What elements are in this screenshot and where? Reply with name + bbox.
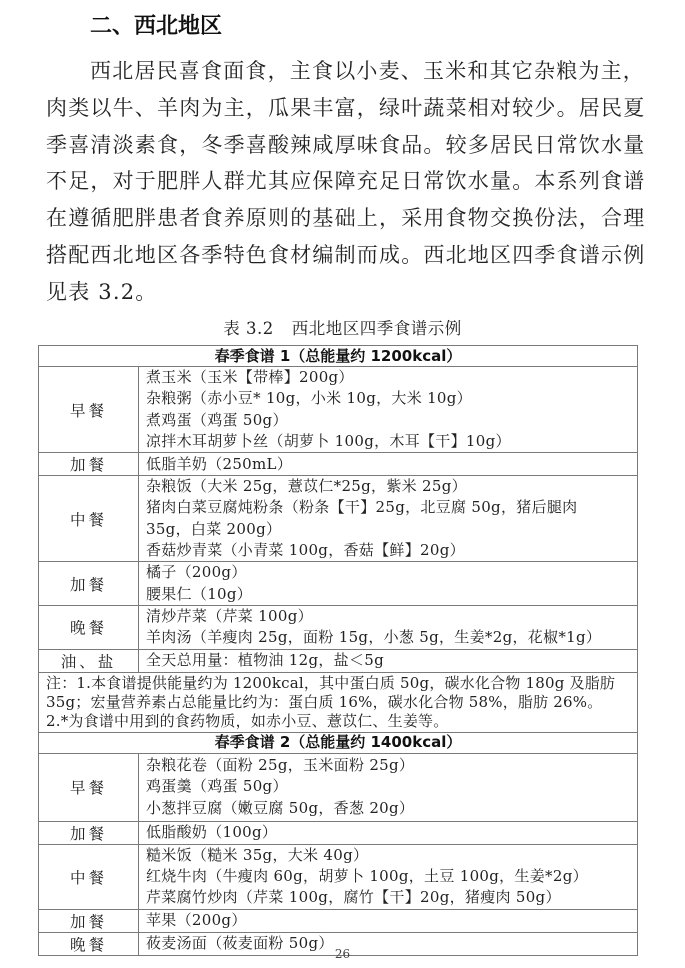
menu-header-row: 春季食谱 1（总能量约 1200kcal） (39, 346, 638, 367)
meal-items: 全天总用量：植物油 12g，盐＜5g (139, 649, 638, 672)
paragraph-line: 不足，对于肥胖人群尤其应保障充足日常饮水量。本系列食谱 (46, 163, 646, 200)
meal-name: 中餐 (39, 476, 139, 562)
meal-items: 低脂酸奶（100g） (139, 821, 638, 844)
meal-name: 加餐 (39, 909, 139, 932)
meal-items: 橘子（200g） 腰果仁（10g） (139, 562, 638, 606)
table-row: 加餐 苹果（200g） (39, 909, 638, 932)
menu-notes: 注：1.本食谱提供能量约为 1200kcal，其中蛋白质 50g，碳水化合物 1… (39, 672, 638, 732)
table-row: 加餐 低脂羊奶（250mL） (39, 453, 638, 476)
meal-items: 低脂羊奶（250mL） (139, 453, 638, 476)
food-item: 煮鸡蛋（鸡蛋 50g） (146, 410, 637, 431)
food-item: 杂粮花卷（面粉 25g，玉米面粉 25g） (146, 755, 637, 776)
food-item: 煮玉米（玉米【带棒】200g） (146, 367, 637, 388)
meal-items: 糙米饭（糙米 35g，大米 40g） 红烧牛肉（牛瘦肉 60g，胡萝卜 100g… (139, 844, 638, 909)
table-row: 油、盐 全天总用量：植物油 12g，盐＜5g (39, 649, 638, 672)
menu-title: 春季食谱 2（总能量约 1400kcal） (39, 732, 638, 753)
table-row: 加餐 橘子（200g） 腰果仁（10g） (39, 562, 638, 606)
menu-header-row: 春季食谱 2（总能量约 1400kcal） (39, 732, 638, 753)
diet-menu-table: 春季食谱 1（总能量约 1200kcal） 早餐 煮玉米（玉米【带棒】200g）… (38, 345, 638, 956)
page-number: 26 (0, 947, 685, 961)
food-item: 全天总用量：植物油 12g，盐＜5g (146, 650, 637, 671)
food-item: 凉拌木耳胡萝卜丝（胡萝卜 100g，木耳【干】10g） (146, 431, 637, 452)
food-item: 低脂羊奶（250mL） (146, 454, 637, 475)
paragraph-line: 肉类以牛、羊肉为主，瓜果丰富，绿叶蔬菜相对较少。居民夏 (46, 90, 646, 127)
food-item: 芹菜腐竹炒肉（芹菜 100g，腐竹【干】20g，猪瘦肉 50g） (146, 887, 637, 908)
meal-name: 早餐 (39, 753, 139, 821)
notes-row: 注：1.本食谱提供能量约为 1200kcal，其中蛋白质 50g，碳水化合物 1… (39, 672, 638, 732)
food-item: 猪肉白菜豆腐炖粉条（粉条【干】25g，北豆腐 50g，猪后腿肉 35g，白菜 2… (146, 497, 637, 540)
food-item: 鸡蛋羹（鸡蛋 50g） (146, 776, 637, 797)
paragraph-line: 季喜清淡素食，冬季喜酸辣咸厚味食品。较多居民日常饮水量 (46, 127, 646, 164)
meal-items: 杂粮饭（大米 25g，薏苡仁*25g，紫米 25g） 猪肉白菜豆腐炖粉条（粉条【… (139, 476, 638, 562)
menu-title: 春季食谱 1（总能量约 1200kcal） (39, 346, 638, 367)
meal-name: 早餐 (39, 367, 139, 453)
table-row: 中餐 糙米饭（糙米 35g，大米 40g） 红烧牛肉（牛瘦肉 60g，胡萝卜 1… (39, 844, 638, 909)
table-caption-number: 表 3.2 (223, 319, 274, 338)
note-line: 注：1.本食谱提供能量约为 1200kcal，其中蛋白质 50g，碳水化合物 1… (46, 674, 637, 693)
food-item: 橘子（200g） (146, 562, 637, 583)
table-caption: 表 3.2西北地区四季食谱示例 (0, 318, 685, 340)
table-row: 加餐 低脂酸奶（100g） (39, 821, 638, 844)
meal-items: 清炒芹菜（芹菜 100g） 羊肉汤（羊瘦肉 25g，面粉 15g，小葱 5g，生… (139, 605, 638, 649)
table-row: 晚餐 清炒芹菜（芹菜 100g） 羊肉汤（羊瘦肉 25g，面粉 15g，小葱 5… (39, 605, 638, 649)
food-item: 腰果仁（10g） (146, 584, 637, 605)
meal-name: 加餐 (39, 453, 139, 476)
meal-items: 杂粮花卷（面粉 25g，玉米面粉 25g） 鸡蛋羹（鸡蛋 50g） 小葱拌豆腐（… (139, 753, 638, 821)
paragraph-line: 西北居民喜食面食，主食以小麦、玉米和其它杂粮为主， (46, 53, 646, 90)
note-line: 2.*为食谱中用到的食药物质，如赤小豆、薏苡仁、生姜等。 (46, 712, 637, 731)
food-item: 羊肉汤（羊瘦肉 25g，面粉 15g，小葱 5g，生姜*2g，花椒*1g） (146, 627, 637, 648)
meal-items: 煮玉米（玉米【带棒】200g） 杂粮粥（赤小豆* 10g，小米 10g，大米 1… (139, 367, 638, 453)
food-item: 小葱拌豆腐（嫩豆腐 50g，香葱 20g） (146, 798, 637, 819)
meal-name: 中餐 (39, 844, 139, 909)
table-row: 早餐 杂粮花卷（面粉 25g，玉米面粉 25g） 鸡蛋羹（鸡蛋 50g） 小葱拌… (39, 753, 638, 821)
food-item: 清炒芹菜（芹菜 100g） (146, 606, 637, 627)
table-row: 早餐 煮玉米（玉米【带棒】200g） 杂粮粥（赤小豆* 10g，小米 10g，大… (39, 367, 638, 453)
meal-name: 加餐 (39, 562, 139, 606)
paragraph-line: 见表 3.2。 (46, 274, 646, 311)
paragraph-line: 在遵循肥胖患者食养原则的基础上，采用食物交换份法，合理 (46, 200, 646, 237)
meal-name: 晚餐 (39, 605, 139, 649)
meal-name: 加餐 (39, 821, 139, 844)
food-item: 糙米饭（糙米 35g，大米 40g） (146, 845, 637, 866)
table-row: 中餐 杂粮饭（大米 25g，薏苡仁*25g，紫米 25g） 猪肉白菜豆腐炖粉条（… (39, 476, 638, 562)
food-item: 杂粮粥（赤小豆* 10g，小米 10g，大米 10g） (146, 388, 637, 409)
section-heading: 二、西北地区 (90, 12, 222, 42)
note-line: 35g；宏量营养素占总能量比约为：蛋白质 16%，碳水化合物 58%，脂肪 26… (46, 693, 637, 712)
food-item: 香菇炒青菜（小青菜 100g，香菇【鲜】20g） (146, 540, 637, 561)
meal-name: 油、盐 (39, 649, 139, 672)
food-item: 杂粮饭（大米 25g，薏苡仁*25g，紫米 25g） (146, 476, 637, 497)
intro-paragraph: 西北居民喜食面食，主食以小麦、玉米和其它杂粮为主， 肉类以牛、羊肉为主，瓜果丰富… (46, 53, 646, 311)
food-item: 苹果（200g） (146, 910, 637, 931)
meal-items: 苹果（200g） (139, 909, 638, 932)
food-item: 红烧牛肉（牛瘦肉 60g，胡萝卜 100g，土豆 100g，生姜*2g） (146, 866, 637, 887)
food-item: 低脂酸奶（100g） (146, 822, 637, 843)
paragraph-line: 搭配西北地区各季特色食材编制而成。西北地区四季食谱示例 (46, 237, 646, 274)
table-caption-title: 西北地区四季食谱示例 (292, 319, 462, 338)
